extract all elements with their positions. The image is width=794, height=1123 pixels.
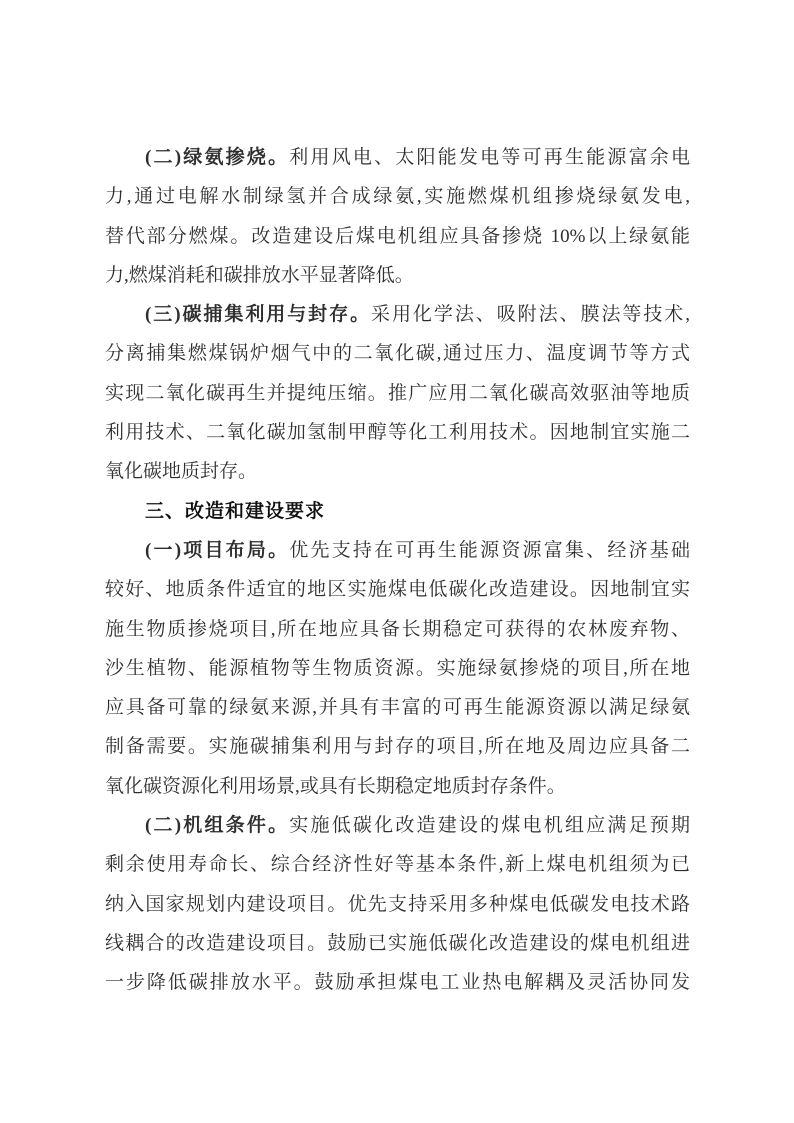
text-line: 实现二氧化碳再生并提纯压缩。推广应用二氧化碳高效驱油等地质 <box>105 374 690 413</box>
text-segment: 剩余使用寿命长、综合经济性好等基本条件,新上煤电机组须为已 <box>105 854 690 875</box>
text-line: 沙生植物、能源植物等生物质资源。实施绿氨掺烧的项目,所在地 <box>105 649 690 688</box>
text-segment: 一步降低碳排放水平。鼓励承担煤电工业热电解耦及灵活协同发 <box>105 972 690 993</box>
text-line: 制备需要。实施碳捕集利用与封存的项目,所在地及周边应具备二 <box>105 727 690 766</box>
text-segment: 优先支持在可再生能源资源富集、经济基础 <box>289 540 690 561</box>
text-segment: 施生物质掺烧项目,所在地应具备长期稳定可获得的农林废弃物、 <box>105 619 690 640</box>
text-segment: 纳入国家规划内建设项目。优先支持采用多种煤电低碳发电技术路 <box>105 894 690 915</box>
text-segment: 制备需要。实施碳捕集利用与封存的项目,所在地及周边应具备二 <box>105 736 690 757</box>
paragraph-lead: (三)碳捕集利用与封存。 <box>145 304 371 325</box>
text-line: 氧化碳地质封存。 <box>105 452 690 491</box>
text-line: (三)碳捕集利用与封存。采用化学法、吸附法、膜法等技术, <box>105 295 690 334</box>
text-line: 较好、地质条件适宜的地区实施煤电低碳化改造建设。因地制宜实 <box>105 570 690 609</box>
text-line: (二)绿氨掺烧。利用风电、太阳能发电等可再生能源富余电 <box>105 138 690 177</box>
text-line: 剩余使用寿命长、综合经济性好等基本条件,新上煤电机组须为已 <box>105 845 690 884</box>
text-line: 纳入国家规划内建设项目。优先支持采用多种煤电低碳发电技术路 <box>105 885 690 924</box>
paragraph: (三)碳捕集利用与封存。采用化学法、吸附法、膜法等技术,分离捕集燃煤锅炉烟气中的… <box>105 295 690 491</box>
text-segment: 力,通过电解水制绿氢并合成绿氨,实施燃煤机组掺烧绿氨发电, <box>105 186 690 207</box>
text-segment: 利用技术、二氧化碳加氢制甲醇等化工利用技术。因地制宜实施二 <box>105 422 690 443</box>
text-line: 力,通过电解水制绿氢并合成绿氨,实施燃煤机组掺烧绿氨发电, <box>105 177 690 216</box>
paragraph-lead: (二)绿氨掺烧。 <box>145 147 289 168</box>
paragraph: (一)项目布局。优先支持在可再生能源资源富集、经济基础较好、地质条件适宜的地区实… <box>105 531 690 806</box>
text-segment: 替代部分燃煤。改造建设后煤电机组应具备掺烧 10%以上绿氨能 <box>105 226 690 247</box>
paragraph: (二)机组条件。实施低碳化改造建设的煤电机组应满足预期剩余使用寿命长、综合经济性… <box>105 806 690 1002</box>
text-line: 分离捕集燃煤锅炉烟气中的二氧化碳,通过压力、温度调节等方式 <box>105 334 690 373</box>
paragraph: (二)绿氨掺烧。利用风电、太阳能发电等可再生能源富余电力,通过电解水制绿氢并合成… <box>105 138 690 295</box>
text-segment: 三、改造和建设要求 <box>145 501 325 522</box>
text-segment: 分离捕集燃煤锅炉烟气中的二氧化碳,通过压力、温度调节等方式 <box>105 343 690 364</box>
text-segment: 利用风电、太阳能发电等可再生能源富余电 <box>289 147 690 168</box>
text-line: 替代部分燃煤。改造建设后煤电机组应具备掺烧 10%以上绿氨能 <box>105 217 690 256</box>
text-line: 三、改造和建设要求 <box>105 492 690 531</box>
text-segment: 实施低碳化改造建设的煤电机组应满足预期 <box>289 815 690 836</box>
text-segment: 力,燃煤消耗和碳排放水平显著降低。 <box>105 265 414 286</box>
text-segment: 采用化学法、吸附法、膜法等技术, <box>371 304 690 325</box>
text-segment: 线耦合的改造建设项目。鼓励已实施低碳化改造建设的煤电机组进 <box>105 933 690 954</box>
text-segment: 实现二氧化碳再生并提纯压缩。推广应用二氧化碳高效驱油等地质 <box>105 383 690 404</box>
text-segment: 沙生植物、能源植物等生物质资源。实施绿氨掺烧的项目,所在地 <box>105 658 690 679</box>
text-line: 应具备可靠的绿氨来源,并具有丰富的可再生能源资源以满足绿氨 <box>105 688 690 727</box>
text-line: (二)机组条件。实施低碳化改造建设的煤电机组应满足预期 <box>105 806 690 845</box>
document-page: (二)绿氨掺烧。利用风电、太阳能发电等可再生能源富余电力,通过电解水制绿氢并合成… <box>0 0 794 1123</box>
text-line: 利用技术、二氧化碳加氢制甲醇等化工利用技术。因地制宜实施二 <box>105 413 690 452</box>
text-line: 一步降低碳排放水平。鼓励承担煤电工业热电解耦及灵活协同发 <box>105 963 690 1002</box>
text-line: (一)项目布局。优先支持在可再生能源资源富集、经济基础 <box>105 531 690 570</box>
text-line: 线耦合的改造建设项目。鼓励已实施低碳化改造建设的煤电机组进 <box>105 924 690 963</box>
document-body: (二)绿氨掺烧。利用风电、太阳能发电等可再生能源富余电力,通过电解水制绿氢并合成… <box>105 138 690 1003</box>
text-segment: 氧化碳地质封存。 <box>105 461 257 482</box>
text-line: 氧化碳资源化利用场景,或具有长期稳定地质封存条件。 <box>105 767 690 806</box>
text-line: 施生物质掺烧项目,所在地应具备长期稳定可获得的农林废弃物、 <box>105 610 690 649</box>
paragraph-lead: (一)项目布局。 <box>145 540 289 561</box>
text-segment: 应具备可靠的绿氨来源,并具有丰富的可再生能源资源以满足绿氨 <box>105 697 690 718</box>
text-segment: 较好、地质条件适宜的地区实施煤电低碳化改造建设。因地制宜实 <box>105 579 690 600</box>
text-segment: 氧化碳资源化利用场景,或具有长期稳定地质封存条件。 <box>105 776 566 797</box>
section-heading: 三、改造和建设要求 <box>105 492 690 531</box>
text-line: 力,燃煤消耗和碳排放水平显著降低。 <box>105 256 690 295</box>
paragraph-lead: (二)机组条件。 <box>145 815 289 836</box>
